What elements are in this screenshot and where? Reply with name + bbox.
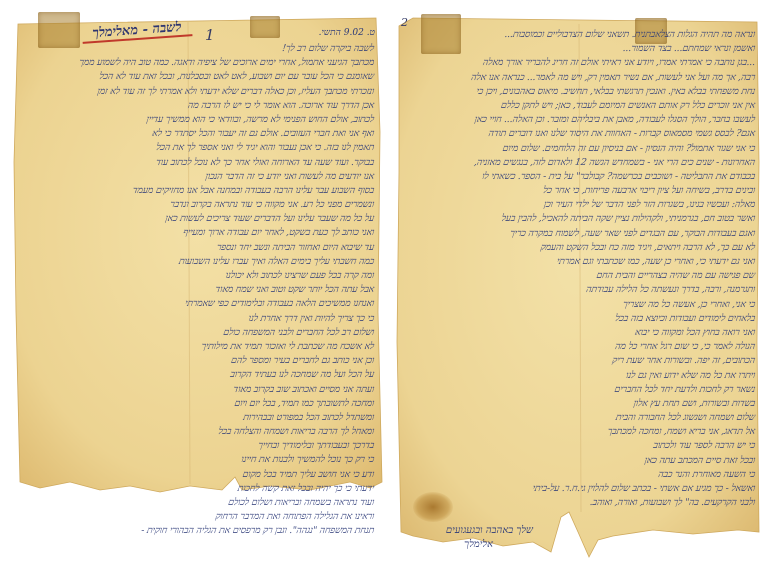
text-line: אל תדאג, אני בריא ושמח, ומחכה למכתבך xyxy=(404,425,756,439)
text-line: שם פגישה עם מה שהיה בצהריים והבית החם xyxy=(404,269,756,283)
text-line: ואני כותב לך כעת בשקט, לאחר יום עבודה אר… xyxy=(23,226,375,240)
text-line: לעשבו בחבר, הולך הסגלו לעבודה, מאבן את ב… xyxy=(404,113,756,127)
tape-strip xyxy=(250,16,280,38)
text-line: ואשר בטוב חם, בגרמניתי, ולקהילות נציין ש… xyxy=(404,212,756,226)
text-line: ואף אני ואת חברי העזובים. אולם גם זה יעב… xyxy=(23,127,375,141)
text-line: ובכל זאת סיים המכתב עתה כאן xyxy=(404,454,756,468)
text-line: ומשתדל לכתוב הכל במפורט ובבהירות xyxy=(23,411,375,425)
letter-page-2: 2 ונראה מה תהיה הגלות הצלאבתנית. תשאני ש… xyxy=(393,12,765,562)
text-line: ודע כי אני חושב עליך תמיד בכל מקום xyxy=(23,468,375,482)
text-line: תאמין לנו בזה. כי אכן נעבור והוא יגיד לי… xyxy=(23,141,375,155)
letter-page-1: לשבה - מאלימלך 1 ט. 9.02 התשי. לשבה ביקר… xyxy=(10,12,385,512)
text-line: על הכל ועל מה שמחכה לנו בעתיד הקרוב xyxy=(23,368,375,382)
text-line: בכבודם את התבליטה - ושוכבים בכרשמה? קבול… xyxy=(404,170,756,184)
text-line: תנחת המשפחה "נגהה". וגבן רק מרפסים את הג… xyxy=(23,524,375,538)
text-line: על כל מה שעבר עלינו ועל הדברים שעוד צריכ… xyxy=(23,212,375,226)
text-line: ואגם בעבודות הבוקר, עם הבגדים לפני שאר ש… xyxy=(404,227,756,241)
text-line: ואני גם ידעתי כי, ואחרי כן שעה, כמו שכתב… xyxy=(404,255,756,269)
text-line: ואשאל - כך מגיע אם אשתי - בכתב שלום להלו… xyxy=(404,482,756,496)
text-line: בבוקר. ועוד שעה עד הארוחה ואולי אחר כך ל… xyxy=(23,156,375,170)
text-line: כי יש הרבה לספר עוד ולכתוב xyxy=(404,439,756,453)
text-line: אגם? לבסס גשמי מסמאוס קברות - האחוות את … xyxy=(404,127,756,141)
letter-body: ונראה מה תהיה הגלות הצלאבתנית. תשאני שלו… xyxy=(405,28,755,510)
text-line: נשאר רק לחכות ולדעת יחד לכל החברים xyxy=(404,383,756,397)
text-line: לא אשכח מה שכתבת לי ואזכור תמיד את מילות… xyxy=(23,340,375,354)
letter-closing: שלך באהבה ובגעגועים xyxy=(423,524,533,538)
letter-date: ט. 9.02 התשי. xyxy=(280,26,375,40)
text-line: ותגרמנה, ורבה, בדרך ונעשתה כל הלילה עבוד… xyxy=(404,283,756,297)
text-line: אנו יודעים מה לעשות ואני יודע כי זה הדבר… xyxy=(23,170,375,184)
text-line: לשבה ביקרה שלום רב לך! xyxy=(23,42,375,56)
text-line: ומאחל לך הרבה בריאות ושמחה והצלחה בכל xyxy=(23,425,375,439)
text-line: אכן הדרך עוד ארוכה. הוא אומר לי כי יש לו… xyxy=(23,99,375,113)
text-line: מאלה: ועכשיו בנינו, בשגרות הזר לפני הדבר… xyxy=(404,198,756,212)
text-line: וראינו את הגלילה הפתוחה ואת המדבר הרחוק xyxy=(23,510,375,524)
text-line: ובינים בדרב, בשיחה ועל ציון ריבוי ארבעה … xyxy=(404,184,756,198)
text-line: כי אני, ואחרי כן, אעשה כל מה שצריך xyxy=(404,298,756,312)
text-line: ויתרו את כל מה שלא ידוע ואין גם לנו xyxy=(404,369,756,383)
text-line: שאומנם כי הכל עובר עם יום ושבוע, לאט לאט… xyxy=(23,70,375,84)
text-line: לא עם כך, לא הרבה ויתאים, ויגיד מזה כח ו… xyxy=(404,241,756,255)
text-line: ולבני הקרקעים. בה" לך ושבועות, ואורה, וא… xyxy=(404,496,756,510)
text-line: שלום ושמחה ושגשוג לכל החבורה והבית xyxy=(404,411,756,425)
text-line: ונראה מה תהיה הגלות הצלאבתנית. תשאני שלו… xyxy=(404,28,756,42)
text-line: אבל עתה הכל יותר שקט וטוב ואני שמח מאוד xyxy=(23,283,375,297)
text-line: ואשמן ונראי שמחתם... בצד השמור... xyxy=(404,42,756,56)
text-line: ...בגן נותבה כי אמרתי אמרו, ויודע אני רא… xyxy=(404,56,756,70)
text-line: הגולה לאמר כי, כי שום רגל אחרי כל מה xyxy=(404,340,756,354)
text-line: בשדות ובשורות, ושם תחת עץ אלון xyxy=(404,397,756,411)
text-line: כי השעה מאוחרת והנר כבה xyxy=(404,468,756,482)
text-line: ונזכרתי מכתבך העליז, וכן כאלה דברים שלא … xyxy=(23,85,375,99)
letter-body: לשבה ביקרה שלום רב לך! מכתבך הגיעני אתמו… xyxy=(24,42,374,539)
text-line: כי כך צריך להיות ואין דרך אחרת לנו xyxy=(23,312,375,326)
text-line: הכתובים, זה יפה. ובשורות אחר שעת ריק xyxy=(404,354,756,368)
text-line: בדרכך ובעבודתך ובלימודיך ובחייך xyxy=(23,439,375,453)
text-line: עד שיבוא היום ואחזור הביתה ונשב יחד ונספ… xyxy=(23,241,375,255)
text-line: ומחכה לתשובתך כמו תמיד, בכל יום ויום xyxy=(23,397,375,411)
text-line: ונשמרים מפני כל רע. אני מקווה כי עוד נתר… xyxy=(23,198,375,212)
text-line: בסוף השבוע עבר עלינו הרבה בעבודה ובמחנה … xyxy=(23,184,375,198)
text-line: אין אני זוכרים כלל רק אותם האנשים המיומם… xyxy=(404,99,756,113)
text-line: האחרונות - שנים כים הרי אני - בשמחדש הגש… xyxy=(404,156,756,170)
text-line: וכן אני כותב גם לחברים בעיר ומספר להם xyxy=(23,354,375,368)
text-line: ומה קרה בכל פעם שרצינו לכתוב ולא יכולנו xyxy=(23,269,375,283)
text-line: ועתה אני מסיים ואכתוב שוב בקרוב מאוד xyxy=(23,383,375,397)
letter-signature: אלימלך xyxy=(423,538,493,552)
text-line: ואני רואה בחוץ הכל ומקווה כי יבוא xyxy=(404,326,756,340)
text-line: מכתבך הגיעני אתמול, אחרי ימים ארוכים של … xyxy=(23,56,375,70)
text-line: ועוד נתראה בשמחה ובריאות ושלום לכולם xyxy=(23,496,375,510)
text-line: ושלום רב לכל החברים ולבני המשפחה כולם xyxy=(23,326,375,340)
text-line: כי רק כך נוכל להמשיך ולבנות את חיינו xyxy=(23,453,375,467)
text-line: כמה חשבתי עליך בימים האלה ואיך עברו עלינ… xyxy=(23,255,375,269)
text-line: בלאחים לימודים ועבודות וכיוצא בזה בכל xyxy=(404,312,756,326)
text-line: ואנחנו ממשיכים הלאה בעבודה ובלימודים כפי… xyxy=(23,297,375,311)
text-line: נחת משפחתי בבלא באין. ואנכין תרגשתי בבלא… xyxy=(404,85,756,99)
text-line: רבה, אך מה ועל אני לעשות, אם נשיר תאמין … xyxy=(404,71,756,85)
text-line: לכתוב, אולם החוש הפנימי לא מרשה, ובוודאי… xyxy=(23,113,375,127)
text-line: כי אני שגור אתמול? והיה הנסיון - אם בניס… xyxy=(404,142,756,156)
text-line: ידעתי כי כך יהיה ובכל זאת קשה לחכות xyxy=(23,482,375,496)
